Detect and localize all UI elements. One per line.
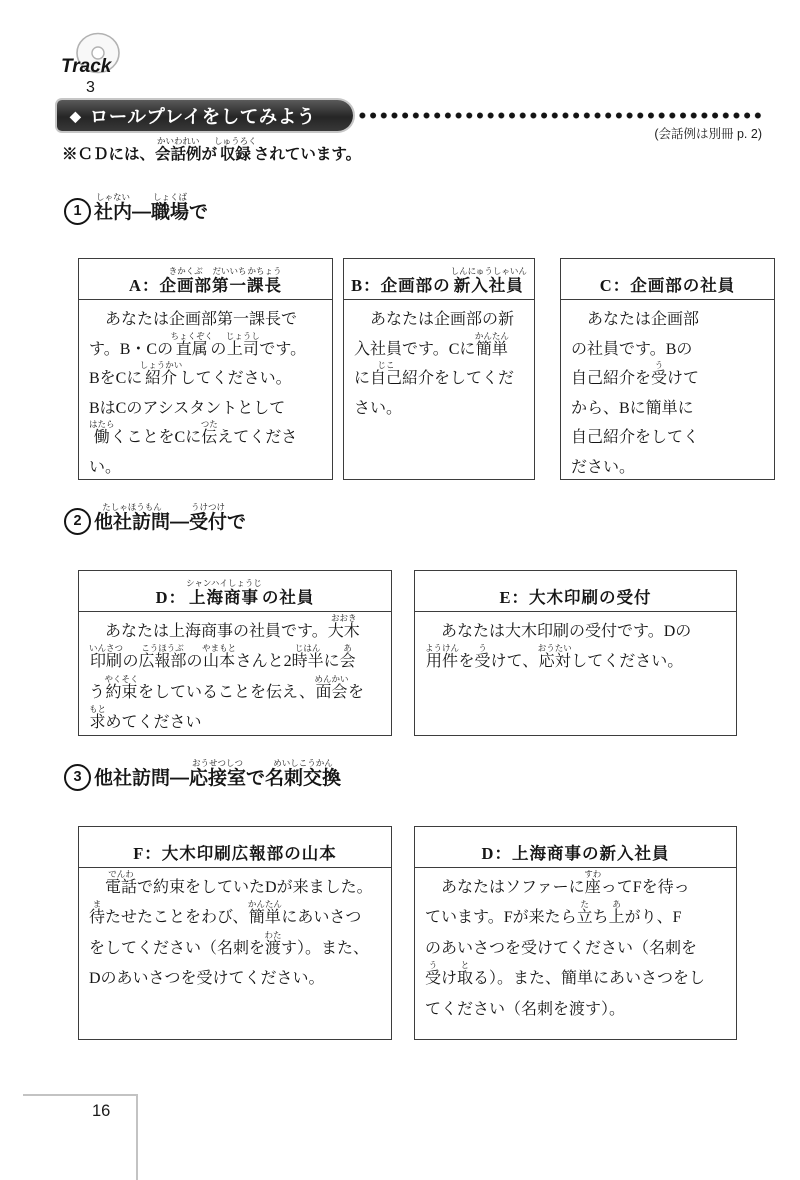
role-card-d-title: D：上海商事シャンハイしょうじの社員 [79, 571, 391, 612]
role-card-d: D：上海商事シャンハイしょうじの社員 あなたは上海商事の社員です。大木おおき 印… [78, 570, 392, 736]
role-card-f-description: 電話でんわで約束をしていたDが来ました。 待またせたことをわび、簡単かんたんにあ… [79, 868, 391, 995]
role-card-c: C：企画部の社員 あなたは企画部 の社員です。Bの 自己紹介を受うけて から、B… [560, 258, 775, 480]
role-card-d-description: あなたは上海商事の社員です。大木おおき 印刷いんさつの広報部こうほうぶの山本やま… [79, 612, 391, 739]
cd-note: ※ＣＤには、会話例かいわれいが収録しゅうろくされています。 [62, 136, 361, 172]
role-card-a: A：企画部きかくぶ第一だいいち課長かちょう あなたは企画部第一課長で す。B・C… [78, 258, 333, 480]
reference-note: (会話例は別冊 p. 2) [654, 124, 762, 142]
role-card-b-title: B：企画部の新入社員しんにゅうしゃいん [344, 259, 534, 300]
circled-number-1: 1 [64, 198, 91, 225]
section-2-title: 他社訪問たしゃほうもん—受付うけつけで [94, 502, 246, 541]
section-2-heading: 2 他社訪問たしゃほうもん—受付うけつけで [64, 502, 246, 541]
page-corner-line-horizontal [23, 1094, 138, 1096]
page-number: 16 [92, 1102, 110, 1121]
circled-number-2: 2 [64, 508, 91, 535]
role-card-d2: D：上海商事の新入社員 あなたはソファーに座すわってFを待っ ています。Fが来た… [414, 826, 737, 1040]
role-card-b-description: あなたは企画部の新 入社員です。Cに簡単かんたん に自己じこ紹介をしてくだ さい… [344, 300, 534, 423]
role-card-a-title: A：企画部きかくぶ第一だいいち課長かちょう [79, 259, 332, 300]
circled-number-3: 3 [64, 764, 91, 791]
role-card-d2-title: D：上海商事の新入社員 [415, 827, 736, 868]
dotted-leader-line [357, 109, 763, 122]
section-3-heading: 3 他社訪問—応接室おうせつしつで名刺交換めいしこうかん [64, 758, 341, 797]
role-card-e: E：大木印刷の受付 あなたは大木印刷の受付です。Dの 用件ようけんを受うけて、応… [414, 570, 737, 736]
section-banner: ◆ ロールプレイをしてみよう [57, 100, 353, 131]
diamond-icon: ◆ [70, 109, 81, 123]
role-card-row-3: F：大木印刷広報部の山本 電話でんわで約束をしていたDが来ました。 待またせたこ… [78, 826, 737, 1040]
role-card-a-description: あなたは企画部第一課長で す。B・Cの直属ちょくぞくの上司じょうしです。 BをC… [79, 300, 332, 483]
role-card-f-title: F：大木印刷広報部の山本 [79, 827, 391, 868]
role-card-row-2: D：上海商事シャンハイしょうじの社員 あなたは上海商事の社員です。大木おおき 印… [78, 570, 737, 736]
banner-title: ロールプレイをしてみよう [90, 103, 316, 129]
section-1-heading: 1 社内しゃない—職場しょくばで [64, 192, 208, 231]
role-card-b: B：企画部の新入社員しんにゅうしゃいん あなたは企画部の新 入社員です。Cに簡単… [343, 258, 535, 480]
section-3-title: 他社訪問—応接室おうせつしつで名刺交換めいしこうかん [94, 758, 341, 797]
track-label: Track [61, 56, 111, 78]
role-card-e-title: E：大木印刷の受付 [415, 571, 736, 612]
role-card-row-1: A：企画部きかくぶ第一だいいち課長かちょう あなたは企画部第一課長で す。B・C… [78, 258, 775, 480]
page-corner-line-vertical [136, 1094, 138, 1180]
role-card-f: F：大木印刷広報部の山本 電話でんわで約束をしていたDが来ました。 待またせたこ… [78, 826, 392, 1040]
role-card-c-title: C：企画部の社員 [561, 259, 774, 300]
role-card-e-description: あなたは大木印刷の受付です。Dの 用件ようけんを受うけて、応対おうたいしてくださ… [415, 612, 736, 678]
role-card-c-description: あなたは企画部 の社員です。Bの 自己紹介を受うけて から、Bに簡単に 自己紹介… [561, 300, 774, 483]
track-number: 3 [86, 79, 95, 97]
role-card-d2-description: あなたはソファーに座すわってFを待っ ています。Fが来たら立たち上あがり、F の… [415, 868, 736, 1025]
section-1-title: 社内しゃない—職場しょくばで [94, 192, 208, 231]
